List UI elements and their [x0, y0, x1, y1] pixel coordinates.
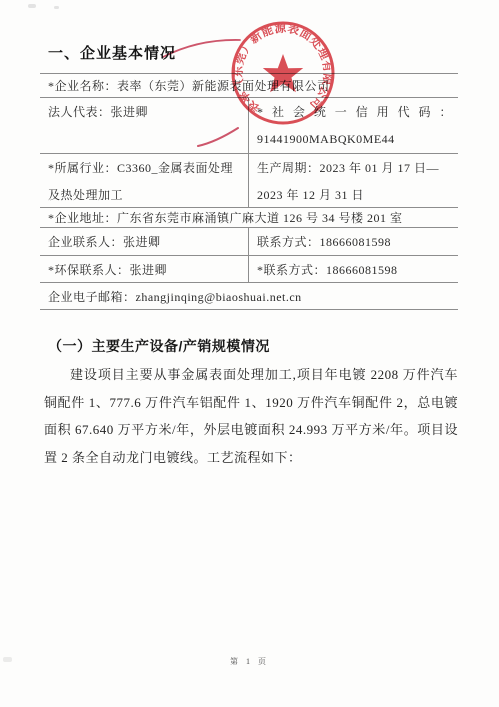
project-description-paragraph: 建设项目主要从事金属表面处理加工,项目年电镀 2208 万件汽车铜配件 1、77…	[44, 361, 458, 471]
document-page: 一、企业基本情况 *企业名称：表率（东莞）新能源表面处理有限公司 法人代表：张进…	[0, 0, 499, 707]
table-row-industry-period: *所属行业：C3360_金属表面处理及热处理加工 生产周期：2023 年 01 …	[40, 153, 458, 207]
table-row-legal-rep-credit-code: 法人代表：张进卿 *社会统一信用代码： 91441900MABQK0ME44	[40, 97, 458, 153]
credit-code-cell: *社会统一信用代码： 91441900MABQK0ME44	[248, 98, 458, 153]
table-row-company-name: *企业名称：表率（东莞）新能源表面处理有限公司	[40, 73, 458, 97]
table-row-env-contact: *环保联系人：张进卿 *联系方式：18666081598	[40, 255, 458, 282]
contact-phone-cell: 联系方式：18666081598	[248, 228, 458, 255]
company-name-cell: *企业名称：表率（东莞）新能源表面处理有限公司	[40, 74, 458, 97]
address-cell: *企业地址：广东省东莞市麻涌镇广麻大道 126 号 34 号楼 201 室	[40, 208, 458, 227]
email-cell: 企业电子邮箱：zhangjinqing@biaoshuai.net.cn	[40, 283, 458, 309]
credit-code-value: 91441900MABQK0ME44	[257, 126, 452, 153]
table-row-email: 企业电子邮箱：zhangjinqing@biaoshuai.net.cn	[40, 282, 458, 309]
section2-heading: （一）主要生产设备/产销规模情况	[48, 336, 270, 356]
scan-artifact	[54, 6, 59, 9]
legal-rep-cell: 法人代表：张进卿	[40, 98, 248, 153]
credit-code-label: *社会统一信用代码：	[257, 98, 452, 126]
scan-artifact	[3, 657, 12, 662]
table-row-address: *企业地址：广东省东莞市麻涌镇广麻大道 126 号 34 号楼 201 室	[40, 207, 458, 227]
env-contact-phone-cell: *联系方式：18666081598	[248, 256, 458, 282]
scan-artifact	[28, 4, 36, 8]
page-number: 第 1 页	[0, 656, 499, 667]
section1-heading: 一、企业基本情况	[48, 42, 176, 63]
contact-person-cell: 企业联系人：张进卿	[40, 228, 248, 255]
env-contact-person-cell: *环保联系人：张进卿	[40, 256, 248, 282]
enterprise-info-table: *企业名称：表率（东莞）新能源表面处理有限公司 法人代表：张进卿 *社会统一信用…	[40, 73, 458, 310]
industry-cell: *所属行业：C3360_金属表面处理及热处理加工	[40, 154, 248, 207]
production-period-cell: 生产周期：2023 年 01 月 17 日—2023 年 12 月 31 日	[248, 154, 458, 207]
table-row-contact: 企业联系人：张进卿 联系方式：18666081598	[40, 227, 458, 255]
